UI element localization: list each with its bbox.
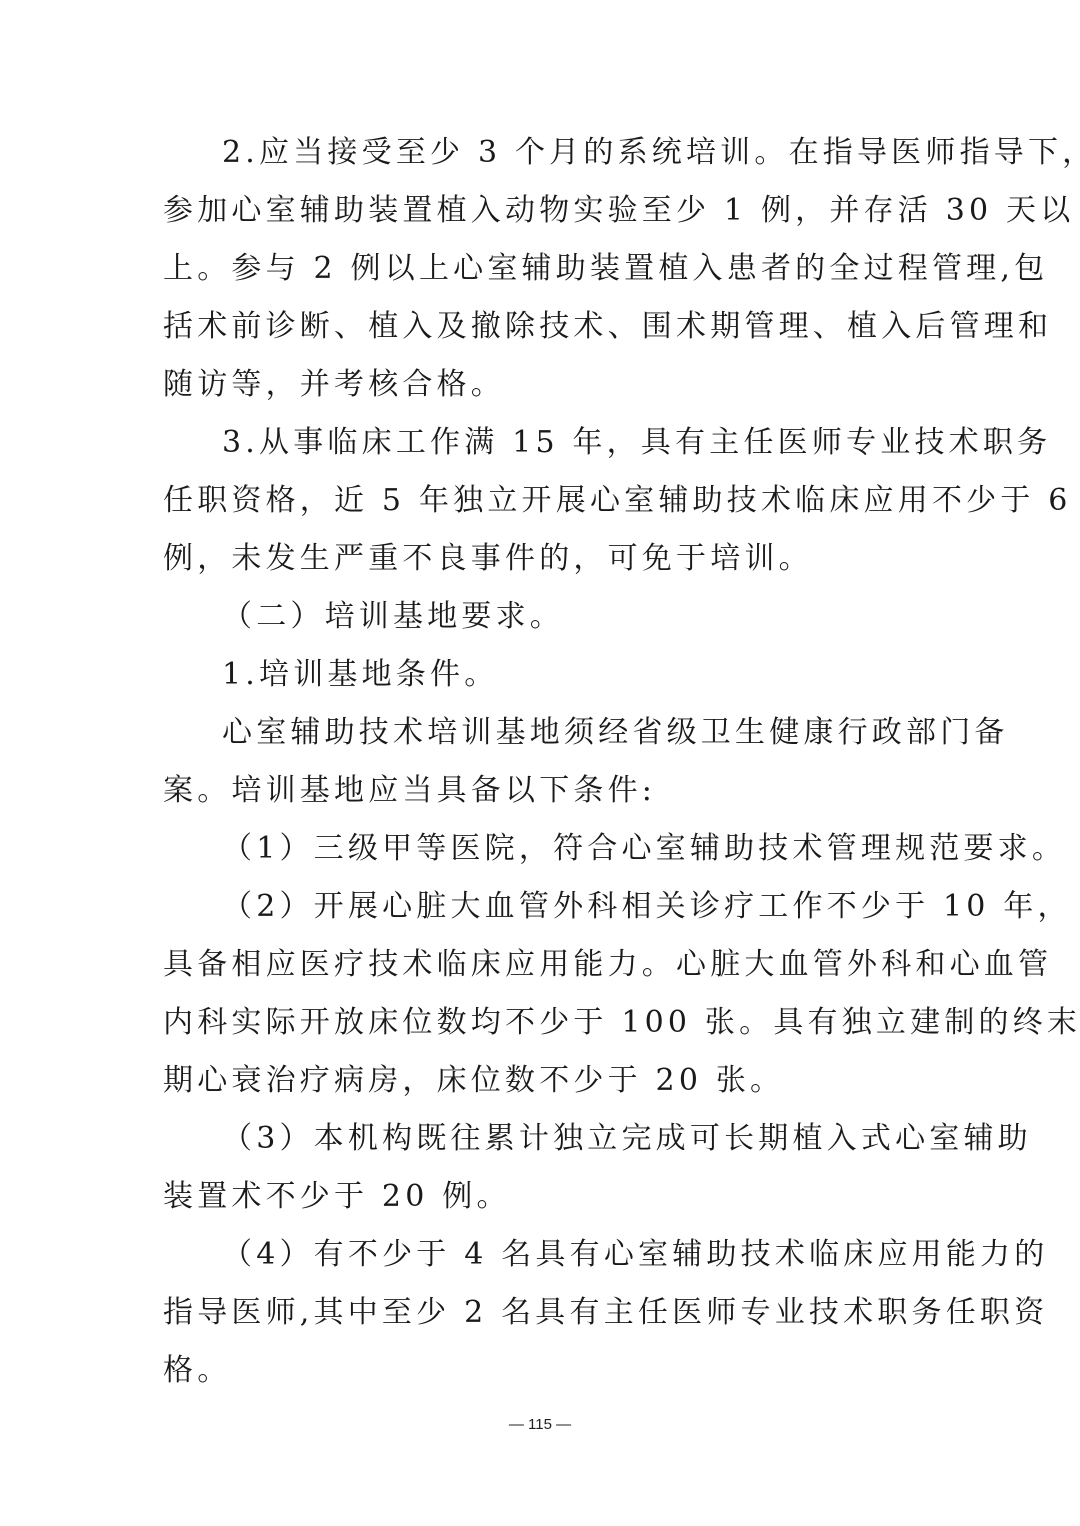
text-line: （2）开展心脏大血管外科相关诊疗工作不少于 10 年， <box>222 887 915 927</box>
text-line: 2.应当接受至少 3 个月的系统培训。在指导医师指导下， <box>222 133 915 173</box>
text-line: 例，未发生严重不良事件的，可免于培训。 <box>163 539 915 579</box>
text-line: 格。 <box>163 1351 915 1391</box>
text-line: 指导医师,其中至少 2 名具有主任医师专业技术职务任职资 <box>163 1293 915 1333</box>
text-line: 心室辅助技术培训基地须经省级卫生健康行政部门备 <box>222 713 915 753</box>
text-line: 参加心室辅助装置植入动物实验至少 1 例，并存活 30 天以 <box>163 191 915 231</box>
text-line: （4）有不少于 4 名具有心室辅助技术临床应用能力的 <box>222 1235 915 1275</box>
text-line: 期心衰治疗病房，床位数不少于 20 张。 <box>163 1061 915 1101</box>
page-number: — 115 — <box>0 1416 1080 1433</box>
text-line: 案。培训基地应当具备以下条件: <box>163 771 915 811</box>
text-line: 任职资格，近 5 年独立开展心室辅助技术临床应用不少于 6 <box>163 481 915 521</box>
text-line: 随访等，并考核合格。 <box>163 365 915 405</box>
text-line: 装置术不少于 20 例。 <box>163 1177 915 1217</box>
document-page: 2.应当接受至少 3 个月的系统培训。在指导医师指导下，参加心室辅助装置植入动物… <box>0 0 1080 1526</box>
text-line: 具备相应医疗技术临床应用能力。心脏大血管外科和心血管 <box>163 945 915 985</box>
text-line: （1）三级甲等医院，符合心室辅助技术管理规范要求。 <box>222 829 915 869</box>
text-line: 1.培训基地条件。 <box>222 655 915 695</box>
text-line: 内科实际开放床位数均不少于 100 张。具有独立建制的终末 <box>163 1003 915 1043</box>
text-line: 括术前诊断、植入及撤除技术、围术期管理、植入后管理和 <box>163 307 915 347</box>
text-line: （二）培训基地要求。 <box>222 597 915 637</box>
text-line: 上。参与 2 例以上心室辅助装置植入患者的全过程管理,包 <box>163 249 915 289</box>
text-line: （3）本机构既往累计独立完成可长期植入式心室辅助 <box>222 1119 915 1159</box>
text-line: 3.从事临床工作满 15 年，具有主任医师专业技术职务 <box>222 423 915 463</box>
